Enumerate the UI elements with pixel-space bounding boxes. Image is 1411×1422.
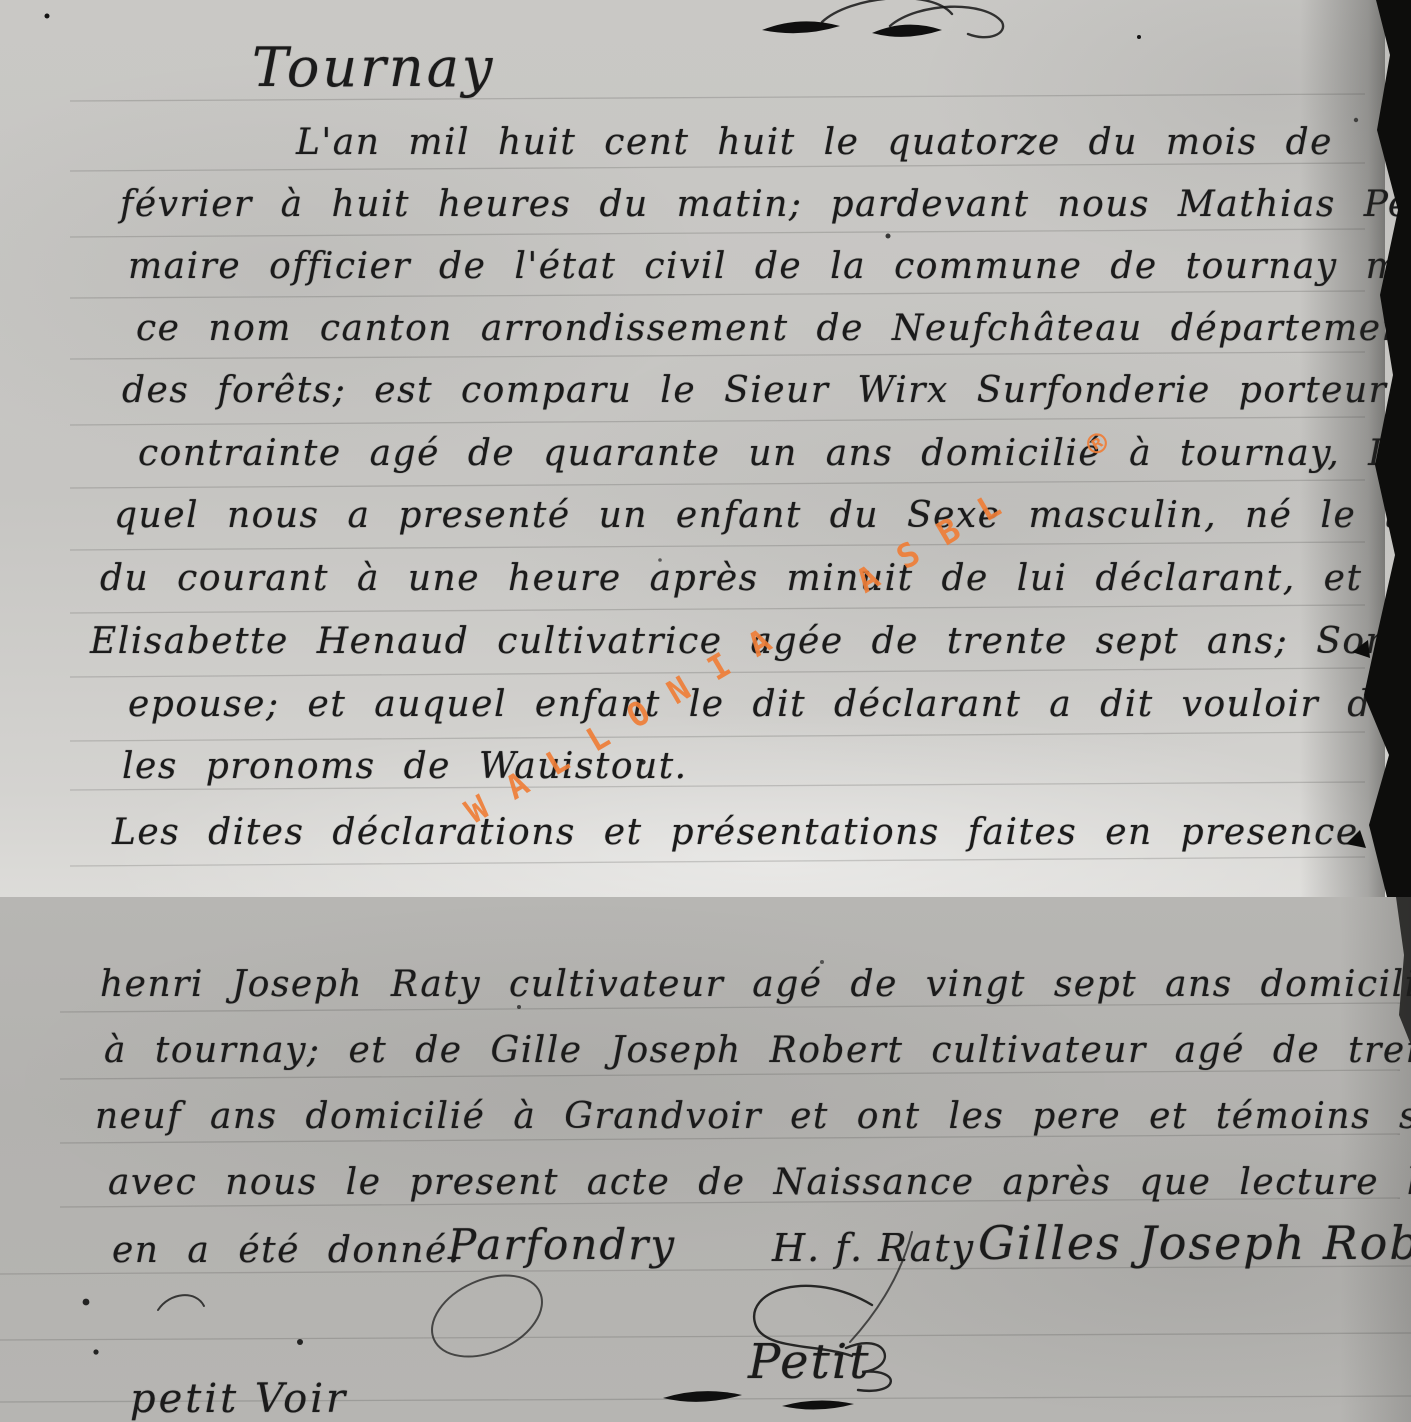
scanned-document-page: Tournay L'an mil huit cent huit le quato…	[0, 0, 1411, 1422]
torn-edge-below-seam	[1396, 897, 1411, 1045]
torn-edge-jag	[1352, 640, 1370, 658]
torn-page-edge	[1364, 0, 1411, 897]
torn-edge-jag	[1346, 830, 1366, 848]
torn-edge-layer	[0, 0, 1411, 1422]
